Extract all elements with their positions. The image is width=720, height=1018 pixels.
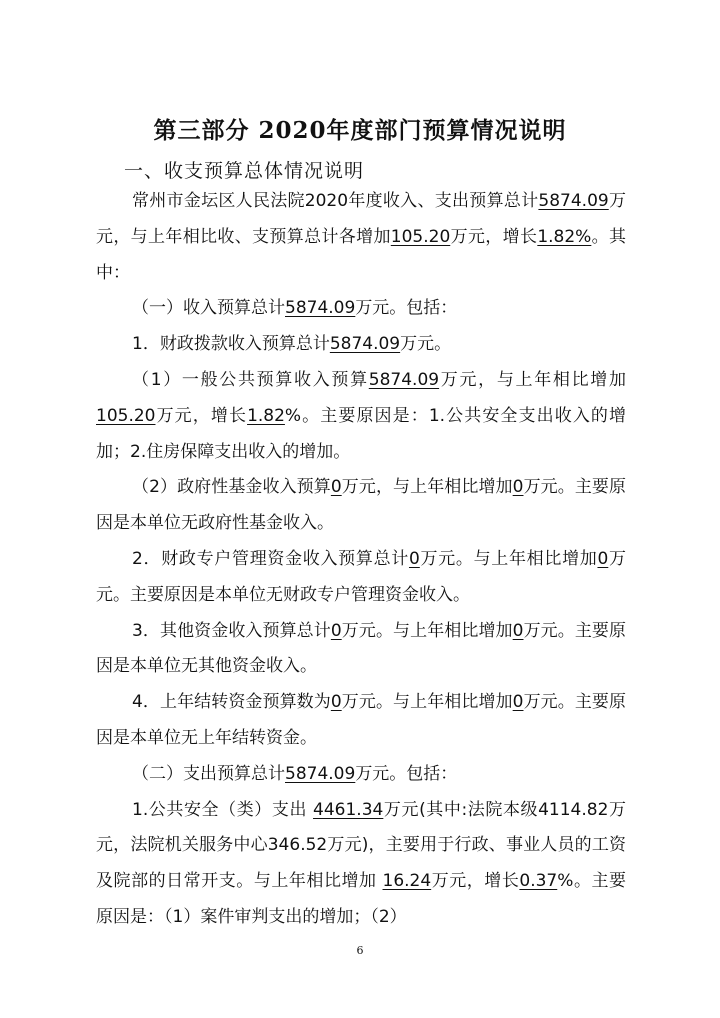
- document-page: 第三部分 2020年度部门预算情况说明 一、收支预算总体情况说明 常州市金坛区人…: [0, 0, 720, 1018]
- underlined-value: 0: [331, 692, 342, 712]
- paragraph: 3．其他资金收入预算总计0万元。与上年相比增加0万元。主要原因是本单位无其他资金…: [96, 614, 626, 686]
- text-segment: 万元。: [400, 334, 451, 354]
- text-segment: 万元，增长: [155, 406, 247, 426]
- paragraph: （2）政府性基金收入预算0万元，与上年相比增加0万元。主要原因是本单位无政府性基…: [96, 470, 626, 542]
- text-segment: 万元。包括：: [355, 298, 457, 318]
- page-title: 第三部分 2020年度部门预算情况说明: [0, 112, 720, 145]
- text-segment: 常州市金坛区人民法院2020年度收入、支出预算总计: [132, 191, 538, 211]
- text-segment: 3．其他资金收入预算总计: [132, 621, 331, 641]
- paragraph: 4．上年结转资金预算数为0万元。与上年相比增加0万元。主要原因是本单位无上年结转…: [96, 685, 626, 757]
- text-segment: （一）收入预算总计: [132, 298, 285, 318]
- underlined-value: 5874.09: [538, 191, 608, 211]
- underlined-value: 0: [409, 549, 420, 569]
- body-text: 常州市金坛区人民法院2020年度收入、支出预算总计5874.09万元，与上年相比…: [96, 184, 626, 936]
- text-segment: 万元，与上年相比增加: [439, 370, 626, 390]
- text-segment: 4．上年结转资金预算数为: [132, 692, 331, 712]
- underlined-value: 5874.09: [330, 334, 400, 354]
- text-segment: 万元，增长: [450, 227, 537, 247]
- underlined-value: 0: [513, 477, 524, 497]
- underlined-value: 16.24: [383, 871, 432, 891]
- underlined-value: 0: [513, 621, 524, 641]
- text-segment: 1．财政拨款收入预算总计: [132, 334, 330, 354]
- paragraph: （二）支出预算总计5874.09万元。包括：: [96, 757, 626, 793]
- text-segment: 万元，与上年相比增加: [342, 477, 513, 497]
- underlined-value: 5874.09: [285, 298, 355, 318]
- text-segment: 万元。包括：: [355, 764, 457, 784]
- text-segment: 1.公共安全（类）支出: [132, 800, 313, 820]
- text-segment: （2）政府性基金收入预算: [132, 477, 331, 497]
- paragraph: （一）收入预算总计5874.09万元。包括：: [96, 291, 626, 327]
- underlined-value: 0: [597, 549, 608, 569]
- section-heading: 一、收支预算总体情况说明: [124, 156, 364, 183]
- underlined-value: 0: [513, 692, 524, 712]
- text-segment: 万元。与上年相比增加: [342, 621, 513, 641]
- paragraph: 2．财政专户管理资金收入预算总计0万元。与上年相比增加0万元。主要原因是本单位无…: [96, 542, 626, 614]
- underlined-value: 1.82: [247, 406, 285, 426]
- paragraph: 1.公共安全（类）支出 4461.34万元(其中:法院本级4114.82万元，法…: [96, 793, 626, 936]
- text-segment: （1）一般公共预算收入预算: [132, 370, 369, 390]
- underlined-value: 1.82%: [537, 227, 591, 247]
- text-segment: （二）支出预算总计: [132, 764, 285, 784]
- paragraph: 1．财政拨款收入预算总计5874.09万元。: [96, 327, 626, 363]
- underlined-value: 105.20: [391, 227, 450, 247]
- underlined-value: 0.37: [519, 871, 557, 891]
- underlined-value: 0: [331, 621, 342, 641]
- underlined-value: 5874.09: [285, 764, 355, 784]
- text-segment: 万元。与上年相比增加: [342, 692, 513, 712]
- underlined-value: 4461.34: [313, 800, 383, 820]
- text-segment: 万元，增长: [431, 871, 519, 891]
- paragraph: （1）一般公共预算收入预算5874.09万元，与上年相比增加105.20万元，增…: [96, 363, 626, 470]
- underlined-value: 0: [331, 477, 342, 497]
- text-segment: 万元。与上年相比增加: [420, 549, 598, 569]
- underlined-value: 5874.09: [369, 370, 439, 390]
- page-number: 6: [0, 944, 720, 957]
- paragraph: 常州市金坛区人民法院2020年度收入、支出预算总计5874.09万元，与上年相比…: [96, 184, 626, 291]
- underlined-value: 105.20: [96, 406, 155, 426]
- text-segment: 2．财政专户管理资金收入预算总计: [132, 549, 409, 569]
